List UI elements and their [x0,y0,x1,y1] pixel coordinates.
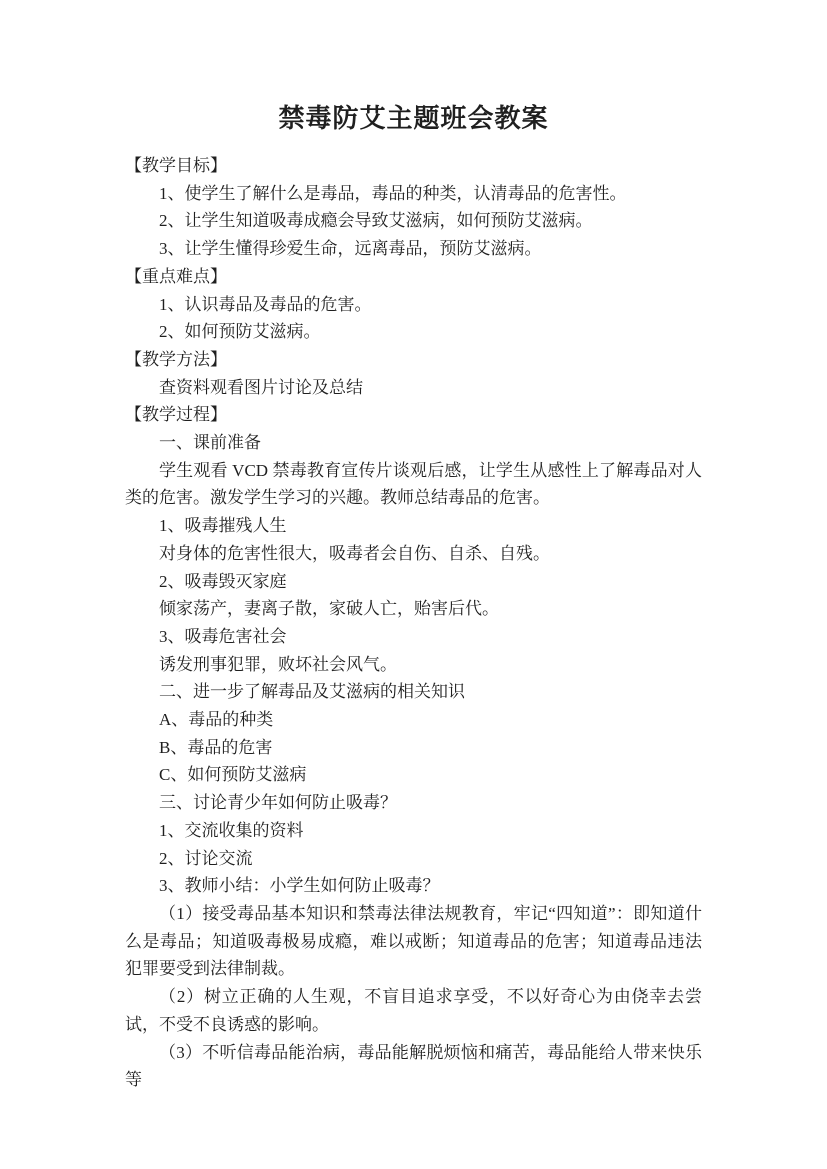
document-line: 【教学过程】 [125,401,702,429]
document-line: 2、吸毒毁灭家庭 [125,568,702,596]
document-title: 禁毒防艾主题班会教案 [125,100,702,138]
document-line: 3、让学生懂得珍爱生命，远离毒品，预防艾滋病。 [125,235,702,263]
document-line: 倾家荡产，妻离子散，家破人亡，贻害后代。 [125,595,702,623]
document-line: C、如何预防艾滋病 [125,761,702,789]
document-line: 2、如何预防艾滋病。 [125,318,702,346]
document-line: 对身体的危害性很大，吸毒者会自伤、自杀、自残。 [125,540,702,568]
document-line: 1、交流收集的资料 [125,817,702,845]
document-line: 三、讨论青少年如何防止吸毒？ [125,789,702,817]
document-line: B、毒品的危害 [125,734,702,762]
document-line: 二、进一步了解毒品及艾滋病的相关知识 [125,678,702,706]
document-line: （1）接受毒品基本知识和禁毒法律法规教育，牢记“四知道”：即知道什么是毒品；知道… [125,900,702,983]
document-line: （3）不听信毒品能治病，毒品能解脱烦恼和痛苦，毒品能给人带来快乐等 [125,1039,702,1094]
document-line: 查资料观看图片讨论及总结 [125,374,702,402]
document-line: 1、吸毒摧残人生 [125,512,702,540]
document-line: 诱发刑事犯罪，败坏社会风气。 [125,651,702,679]
document-line: A、毒品的种类 [125,706,702,734]
document-line: 1、使学生了解什么是毒品，毒品的种类，认清毒品的危害性。 [125,180,702,208]
document-line: 【教学目标】 [125,152,702,180]
document-line: 3、吸毒危害社会 [125,623,702,651]
document-page: 禁毒防艾主题班会教案 【教学目标】1、使学生了解什么是毒品，毒品的种类，认清毒品… [0,0,827,1169]
document-line: 2、让学生知道吸毒成瘾会导致艾滋病，如何预防艾滋病。 [125,207,702,235]
document-line: 1、认识毒品及毒品的危害。 [125,291,702,319]
document-line: 2、讨论交流 [125,845,702,873]
document-line: 一、课前准备 [125,429,702,457]
document-line: 学生观看 VCD 禁毒教育宣传片谈观后感，让学生从感性上了解毒品对人类的危害。激… [125,457,702,512]
document-line: 【教学方法】 [125,346,702,374]
document-body: 【教学目标】1、使学生了解什么是毒品，毒品的种类，认清毒品的危害性。2、让学生知… [125,152,702,1094]
document-line: （2）树立正确的人生观，不盲目追求享受，不以好奇心为由侥幸去尝试，不受不良诱惑的… [125,983,702,1038]
document-line: 【重点难点】 [125,263,702,291]
document-line: 3、教师小结：小学生如何防止吸毒？ [125,872,702,900]
